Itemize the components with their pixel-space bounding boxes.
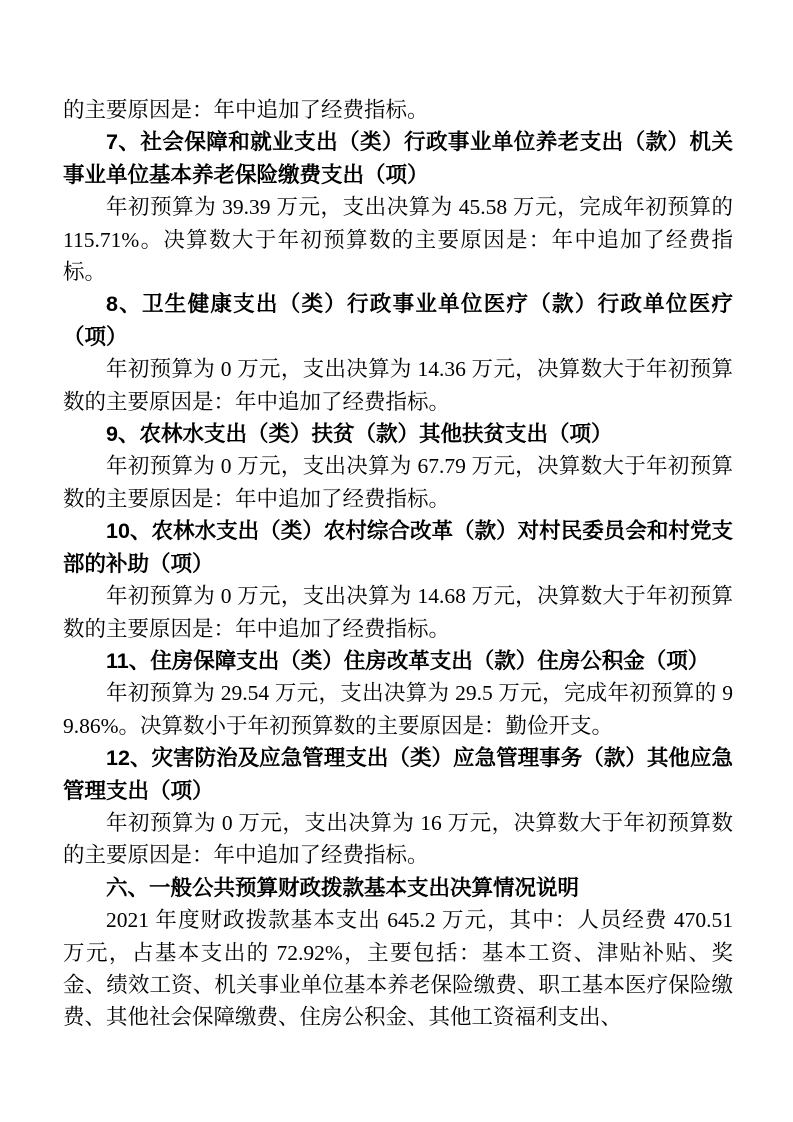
heading-paragraph: 7、社会保障和就业支出（类）行政事业单位养老支出（款）机关事业单位基本养老保险缴… bbox=[63, 126, 733, 191]
heading-paragraph: 9、农林水支出（类）扶贫（款）其他扶贫支出（项） bbox=[63, 418, 733, 450]
body-paragraph: 年初预算为 0 万元，支出决算为 16 万元，决算数大于年初预算数的主要原因是：… bbox=[63, 807, 733, 872]
body-paragraph: 年初预算为 0 万元，支出决算为 14.36 万元，决算数大于年初预算数的主要原… bbox=[63, 353, 733, 418]
heading-paragraph: 12、灾害防治及应急管理支出（类）应急管理事务（款）其他应急管理支出（项） bbox=[63, 742, 733, 807]
document-body: 的主要原因是：年中追加了经费指标。7、社会保障和就业支出（类）行政事业单位养老支… bbox=[63, 94, 733, 1034]
document-page: 的主要原因是：年中追加了经费指标。7、社会保障和就业支出（类）行政事业单位养老支… bbox=[0, 0, 793, 1122]
heading-paragraph: 8、卫生健康支出（类）行政事业单位医疗（款）行政单位医疗（项） bbox=[63, 288, 733, 353]
heading-paragraph: 10、农林水支出（类）农村综合改革（款）对村民委员会和村党支部的补助（项） bbox=[63, 515, 733, 580]
body-paragraph: 2021 年度财政拨款基本支出 645.2 万元，其中：人员经费 470.51 … bbox=[63, 904, 733, 1034]
body-paragraph: 年初预算为 0 万元，支出决算为 67.79 万元，决算数大于年初预算数的主要原… bbox=[63, 450, 733, 515]
body-paragraph: 年初预算为 39.39 万元，支出决算为 45.58 万元，完成年初预算的 11… bbox=[63, 191, 733, 288]
body-paragraph: 年初预算为 29.54 万元，支出决算为 29.5 万元，完成年初预算的 99.… bbox=[63, 677, 733, 742]
heading-paragraph: 六、一般公共预算财政拨款基本支出决算情况说明 bbox=[63, 872, 733, 904]
body-paragraph: 的主要原因是：年中追加了经费指标。 bbox=[63, 94, 733, 126]
heading-paragraph: 11、住房保障支出（类）住房改革支出（款）住房公积金（项） bbox=[63, 645, 733, 677]
body-paragraph: 年初预算为 0 万元，支出决算为 14.68 万元，决算数大于年初预算数的主要原… bbox=[63, 580, 733, 645]
